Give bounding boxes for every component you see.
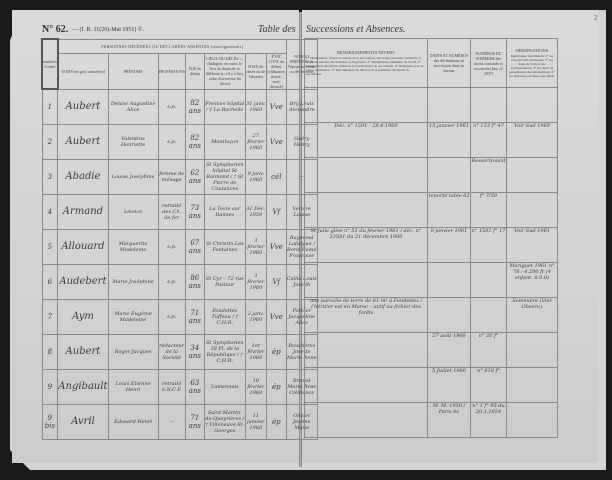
entry-notes [305,193,428,228]
entry-date: 27 février 1960 [245,124,266,159]
entry-given-names: Valentine Henriette [108,124,158,159]
entry-given-names: Edouard Henri [108,404,158,439]
entry-surname: Audebert [58,264,108,299]
table-row: 9AngibaultLouis Etienne Henriretraité S.… [42,369,317,404]
table-row: 1AubertDenise Augustine Alices.p.82 ansF… [42,89,317,124]
header-prenoms: PRÉNOMS [108,53,158,89]
entry-profession: s.p. [158,124,185,159]
entry-age: 82 ans [185,89,204,124]
entry-number: 9 bis [42,404,58,439]
entry-civil-status: Vf [266,264,286,299]
entry-notes [305,158,428,193]
table-row: 3AbadieLouise Joséphinefemme de ménage62… [42,159,317,194]
entry-sommier-number: n° 153 f° 47 [471,123,507,158]
entry-civil-status: Vve [266,229,286,264]
entry-profession: femme de ménage [158,159,185,194]
entry-number: 2 [42,124,58,159]
entry-observations [507,158,558,193]
entry-age: 73 ans [185,194,204,229]
entry-place-of-death: Montluçon [204,124,245,159]
table-row: reporté table 62f° 7/59 [305,193,558,228]
entry-notes [305,263,428,298]
table-row: 9 bisAvrilEdouard Henri—71 ansSaint-Mart… [42,404,317,439]
entry-notes [305,333,428,368]
entry-given-names: Léonce [108,194,158,229]
entry-given-names: Marguerite Madeleine [108,229,158,264]
entry-place-of-death: La Teste sur Dannes [204,194,245,229]
entry-surname: Avril [58,404,108,439]
entry-number: 5 [42,229,58,264]
entry-sommier-number [471,88,507,123]
entry-notes: une parcelle de terre de 81 m² à Fondett… [305,298,428,333]
entry-profession: retraité S.N.C.F. [158,369,185,404]
entry-age: 86 ans [185,264,204,299]
entry-observations [507,333,558,368]
entry-surname: Aubert [58,124,108,159]
header-noms: NOMS (en gros caractères) [58,53,108,89]
entry-date: 2 janv. 1960 [245,299,266,334]
table-row: M. M. 1950 / Paris 8en° 1 f° 95 du 20.1.… [305,403,558,438]
table-row: 4ArmandLéonceretraité des Ch. de fer73 a… [42,194,317,229]
header-etat-civil: ÉTAT CIVIL du défunt (célibataire, marié… [266,53,286,89]
entry-given-names: Marie Joséphine [108,264,158,299]
entry-number: 6 [42,264,58,299]
entry-civil-status: Vve [266,124,286,159]
table-row: Mariguet 1961 n° 78 : 4.200 fr (4 enfant… [305,263,558,298]
entry-age: 82 ans [185,124,204,159]
header-profession: PROFESSIONS [158,53,185,89]
table-row: 8AubertRoger Jacquesrédacteur de la Soci… [42,334,317,369]
entry-number: 4 [42,194,58,229]
table-row: 5 Juillet 1960n° 818 f° [305,368,558,403]
entry-sommier-number [471,263,507,298]
header-observations: OBSERVATIONS Mentionner notamment: 1° le… [507,39,558,88]
table-row: 2AubertValentine Henriettes.p.82 ansMont… [42,124,317,159]
entry-place-of-death: Lamennais [204,369,245,404]
entry-profession: retraité des Ch. de fer [158,194,185,229]
table-row: 6AudebertMarie Joséphines.p.86 ansSt Cyr… [42,264,317,299]
entry-age: 67 ans [185,229,204,264]
entry-given-names: Denise Augustine Alice [108,89,158,124]
observations-body: Mentionner notamment: 1° les renvois fai… [507,53,557,79]
entry-notes: Déc. n° 1591 - 28.4.1960 [305,123,428,158]
entry-date: 10 février 1960 [245,369,266,404]
entry-surname: Aubert [58,334,108,369]
entry-declaration-date [428,158,471,193]
entry-observations [507,368,558,403]
entry-place-of-death: Saint-Martin-de-Queyrières / † Villeneuv… [204,404,245,439]
entry-declaration-date [428,88,471,123]
entry-notes [305,403,428,438]
entry-given-names: Louis Etienne Henri [108,369,158,404]
header-dates-numeros: DATES ET NUMÉROS des déclarations de suc… [428,39,471,88]
title-left: Table des [258,24,296,35]
entry-place-of-death: St Cyr – 72 rue Pasteur [204,264,245,299]
entry-age: 62 ans [185,159,204,194]
entry-profession: — [158,404,185,439]
entry-surname: Aym [58,299,108,334]
entry-date: 9 janv. 1960 [245,159,266,194]
entry-date: 3 février 1960 [245,229,266,264]
table-row: une parcelle de terre de 81 m² à Fondett… [305,298,558,333]
entry-observations: Voir Sud 1961 [507,228,558,263]
entry-surname: Allouard [58,229,108,264]
table-row: St Julie glise n° 51 du février 1961 / d… [305,228,558,263]
register-subtitle: — (I. R. 11(20)-Mai 1951) ©. [72,27,144,33]
entry-sommier-number: n° 1581 f° 17 [471,228,507,263]
entry-declaration-date: 8 janvier 1961 [428,228,471,263]
entry-profession: s.p. [158,229,185,264]
header-date: DATE du décès ou de l'absence [245,53,266,89]
entry-declaration-date [428,298,471,333]
entry-date: 3 février 1960 [245,264,266,299]
header-numero: numéros d'ordre [42,39,58,89]
entry-number: 9 [42,369,58,404]
entry-declaration-date: 15 janvier 1961 [428,123,471,158]
entry-sommier-number: Ressortissant [471,158,507,193]
entry-civil-status: Vf [266,194,286,229]
entry-profession: rédacteur de la Société [158,334,185,369]
entry-profession: s.p. [158,89,185,124]
entry-observations: Voir Sud 1969 [507,123,558,158]
entry-declaration-date: 27 août 1960 [428,333,471,368]
entry-civil-status: Vve [266,89,286,124]
entry-sommier-number [471,298,507,333]
entry-age: 63 ans [185,369,204,404]
entry-place-of-death: St Symphorien hôpital St Raimond / † St … [204,159,245,194]
renseignements-body: 1° Désignation, d'après la nature de la … [305,55,427,77]
entry-observations [507,193,558,228]
entry-given-names: Roger Jacques [108,334,158,369]
entry-date: 11 janvier 1960 [245,404,266,439]
entry-surname: Angibault [58,369,108,404]
entry-age: 71 ans [185,404,204,439]
table-row: 7AymMarie Eugénie Madeleines.p.71 ansFon… [42,299,317,334]
entry-given-names: Louise Joséphine [108,159,158,194]
entry-age: 34 ans [185,334,204,369]
table-row: Ressortissant [305,158,558,193]
entry-civil-status: ép [266,369,286,404]
entry-number: 7 [42,299,58,334]
entry-declaration-date: reporté table 62 [428,193,471,228]
entry-profession: s.p. [158,299,185,334]
entry-civil-status: Vve [266,299,286,334]
entry-given-names: Marie Eugénie Madeleine [108,299,158,334]
entry-place-of-death: Fondettes Tuffeau / † C.H.R. [204,299,245,334]
entry-declaration-date [428,263,471,298]
entry-sommier-number: n° 1 f° 95 du 20.1.1954 [471,403,507,438]
register-number: N° 62. [42,24,68,35]
entry-place-of-death: St Symphorien 28 Pl. de la République / … [204,334,245,369]
entry-date: 1er février 1960 [245,334,266,369]
entry-notes [305,88,428,123]
entry-sommier-number: f° 7/59 [471,193,507,228]
entry-number: 8 [42,334,58,369]
entry-notes [305,368,428,403]
entry-declaration-date: 5 Juillet 1960 [428,368,471,403]
entry-date: 31 janv. 1960 [245,89,266,124]
header-renseignements: RENSEIGNEMENTS DIVERS 1° Désignation, d'… [305,39,428,88]
entry-surname: Aubert [58,89,108,124]
entry-observations [507,88,558,123]
entry-surname: Abadie [58,159,108,194]
title-right: Successions et Absences. [306,24,406,35]
entry-declaration-date: M. M. 1950 / Paris 8e [428,403,471,438]
entry-observations [507,403,558,438]
entry-place-of-death: St Christin Les Fontaines [204,229,245,264]
entry-civil-status: cél [266,159,286,194]
entry-observations: Sommaire (Voir Observ.) [507,298,558,333]
page-mark: 2 [594,14,598,22]
entry-civil-status: ép [266,404,286,439]
table-row [305,88,558,123]
successions-info-table: RENSEIGNEMENTS DIVERS 1° Désignation, d'… [304,38,558,438]
entry-observations: Mariguet 1961 n° 78 : 4.200 fr (4 enfant… [507,263,558,298]
entry-notes: St Julie glise n° 51 du février 1961 / d… [305,228,428,263]
entry-sommier-number: n° 26 f° [471,333,507,368]
header-lieu: LIEUX DU DÉCÈS — (Indiquer, en outre, le… [204,53,245,89]
header-age: ÂGE du défunt [185,53,204,89]
entry-surname: Armand [58,194,108,229]
header-group: PERSONNES DÉCÉDÉES OU DÉCLARÉES ABSENTES… [58,39,287,53]
table-row: 5AllouardMarguerite Madeleines.p.67 ansS… [42,229,317,264]
header-numeros-sommiers: NUMÉROS DU SOMMIER des droits constatés … [471,39,507,88]
entry-profession: s.p. [158,264,185,299]
deaths-table: numéros d'ordre PERSONNES DÉCÉDÉES OU DÉ… [41,38,318,440]
entry-date: 31 Déc. 1959 [245,194,266,229]
table-row: Déc. n° 1591 - 28.4.196015 janvier 1961n… [305,123,558,158]
entry-place-of-death: Fresnes hôpital / † La Rochelle [204,89,245,124]
table-row: 27 août 1960n° 26 f° [305,333,558,368]
entry-civil-status: ép [266,334,286,369]
entry-age: 71 ans [185,299,204,334]
entry-number: 3 [42,159,58,194]
entry-number: 1 [42,89,58,124]
entry-sommier-number: n° 818 f° [471,368,507,403]
